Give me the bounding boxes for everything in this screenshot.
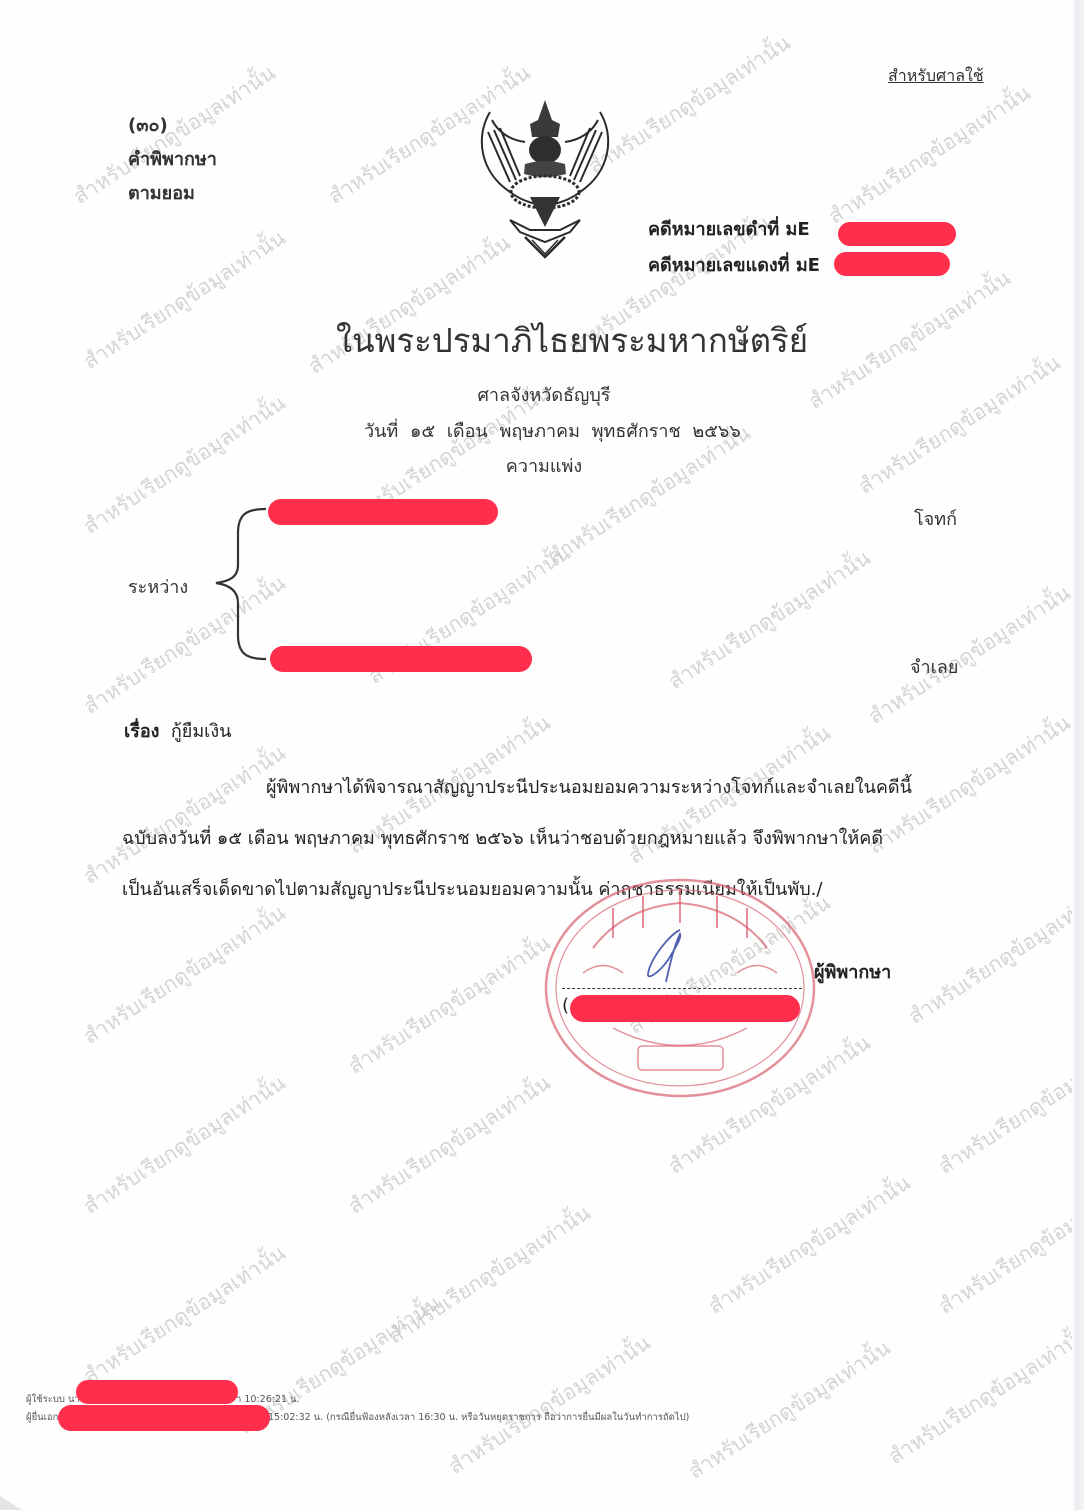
page-corner-fold <box>0 1496 22 1510</box>
watermark-text: สำหรับเรียกดูข้อมูลเท่านั้น <box>932 1167 1084 1323</box>
court-use-label: สำหรับศาลใช้ <box>888 64 984 89</box>
black-case-number-redaction <box>838 222 956 246</box>
garuda-emblem-icon <box>470 92 620 262</box>
judgment-date: วันที่ ๑๕ เดือน พฤษภาคม พุทธศักราช ๒๕๖๖ <box>364 416 741 445</box>
signature-icon <box>640 924 700 984</box>
watermark-text: สำหรับเรียกดูข้อมูลเท่านั้น <box>882 1317 1084 1473</box>
watermark-text: สำหรับเรียกดูข้อมูลเท่านั้น <box>932 1027 1084 1183</box>
watermark-text: สำหรับเรียกดูข้อมูลเท่านั้น <box>342 1067 557 1223</box>
defendant-name-redaction <box>270 646 532 672</box>
watermark-text: สำหรับเรียกดูข้อมูลเท่านั้น <box>77 737 292 893</box>
red-case-number-label: คดีหมายเลขแดงที่ มE <box>648 250 820 279</box>
watermark-text: สำหรับเรียกดูข้อมูลเท่านั้น <box>77 1067 292 1223</box>
black-case-number-label: คดีหมายเลขดำที่ มE <box>648 214 810 243</box>
subject-label: เรื่อง <box>124 721 159 742</box>
court-name: ศาลจังหวัดธัญบุรี <box>0 380 1084 409</box>
watermark-text: สำหรับเรียกดูข้อมูลเท่านั้น <box>682 1332 897 1488</box>
plaintiff-label: โจทก์ <box>914 504 957 533</box>
plaintiff-name-redaction <box>268 499 498 525</box>
footer-line1-redaction <box>76 1380 238 1404</box>
document-page: สำหรับเรียกดูข้อมูลเท่านั้นสำหรับเรียกดู… <box>0 0 1084 1510</box>
document-type-line2: ตามยอม <box>128 178 195 207</box>
watermark-text: สำหรับเรียกดูข้อมูลเท่านั้น <box>442 1327 657 1483</box>
judge-label: ผู้พิพากษา <box>814 957 891 986</box>
watermark-text: สำหรับเรียกดูข้อมูลเท่านั้น <box>342 927 557 1083</box>
watermark-text: สำหรับเรียกดูข้อมูลเท่านั้น <box>822 77 1037 233</box>
page-edge-shadow <box>1072 0 1084 1510</box>
judge-name-redaction <box>570 995 800 1022</box>
watermark-text: สำหรับเรียกดูข้อมูลเท่านั้น <box>77 897 292 1053</box>
watermark-text: สำหรับเรียกดูข้อมูลเท่านั้น <box>862 577 1077 733</box>
footer-line2-prefix: ผู้ยื่นเอก <box>26 1410 58 1425</box>
subject-value: กู้ยืมเงิน <box>171 721 232 742</box>
watermark-text: สำหรับเรียกดูข้อมูลเท่านั้น <box>77 1237 292 1393</box>
judge-name-open-paren: ( <box>562 995 569 1016</box>
watermark-text: สำหรับเรียกดูข้อมูลเท่านั้น <box>662 542 877 698</box>
footer-line2-redaction <box>58 1405 270 1431</box>
watermark-text: สำหรับเรียกดูข้อมูลเท่านั้น <box>902 877 1084 1033</box>
case-type: ความแพ่ง <box>0 451 1084 480</box>
document-type-line1: คำพิพากษา <box>128 144 217 173</box>
between-label: ระหว่าง <box>128 572 188 601</box>
brace-icon <box>208 505 278 665</box>
royal-heading: ในพระปรมาภิไธยพระมหากษัตริย์ <box>0 314 1084 367</box>
red-case-number-redaction <box>834 252 950 276</box>
subject-line: เรื่อง กู้ยืมเงิน <box>124 716 231 745</box>
form-number: (๓๐) <box>128 110 168 139</box>
defendant-label: จำเลย <box>910 652 958 681</box>
body-line-2: ฉบับลงวันที่ ๑๕ เดือน พฤษภาคม พุทธศักราช… <box>122 823 883 852</box>
footer-line2-suffix: 15:02:32 น. (กรณียื่นฟ้องหลังเวลา 16:30 … <box>268 1410 689 1425</box>
body-line-1: ผู้พิพากษาได้พิจารณาสัญญาประนีประนอมยอมค… <box>266 772 912 801</box>
watermark-text: สำหรับเรียกดูข้อมูลเท่านั้น <box>702 1167 917 1323</box>
signature-line <box>562 988 802 989</box>
watermark-text: สำหรับเรียกดูข้อมูลเท่านั้น <box>382 1197 597 1353</box>
